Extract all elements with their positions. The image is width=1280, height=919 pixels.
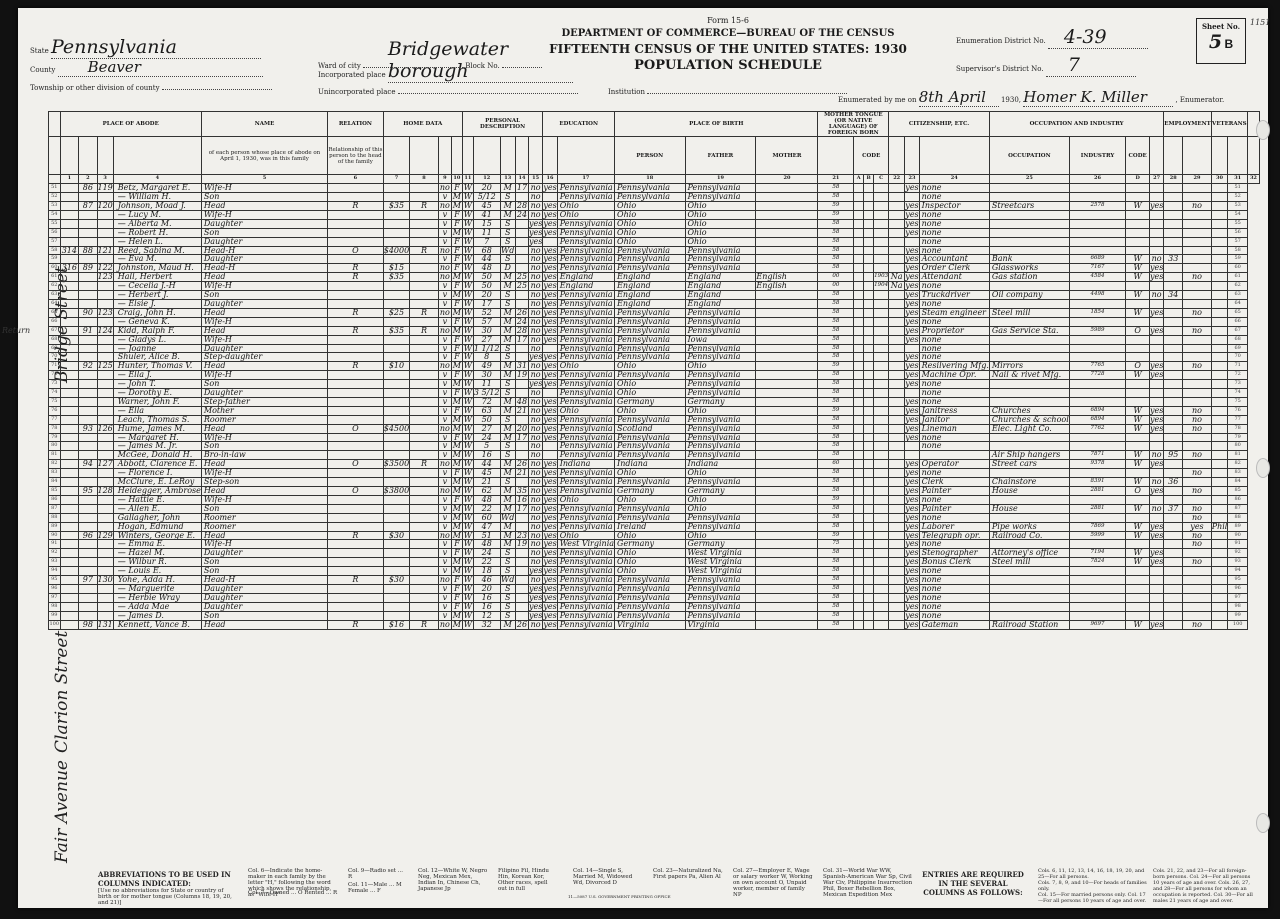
footer-col9: Col. 9—Radio set ... R bbox=[348, 868, 408, 880]
code-cell bbox=[864, 184, 874, 193]
worker-class-cell bbox=[1126, 299, 1150, 308]
literacy-cell: yes bbox=[543, 219, 557, 228]
birthplace-father-cell: Indiana bbox=[615, 460, 685, 469]
birthplace-father-cell: Germany bbox=[615, 540, 685, 549]
relation-cell: Son bbox=[201, 291, 327, 300]
birthplace-mother-cell: Pennsylvania bbox=[685, 326, 756, 335]
code-cell bbox=[864, 282, 874, 291]
occupation-cell: none bbox=[919, 335, 989, 344]
unemployment-line-cell bbox=[1164, 193, 1183, 202]
birthplace-father-cell: Pennsylvania bbox=[615, 602, 685, 611]
unemployment-line-cell: 95 bbox=[1164, 451, 1183, 460]
war-cell bbox=[1211, 344, 1228, 353]
birthplace-mother-cell: Pennsylvania bbox=[685, 371, 756, 380]
birthplace-person-cell: Pennsylvania bbox=[557, 291, 614, 300]
immigration-year-cell bbox=[874, 558, 889, 567]
dwelling-number-cell bbox=[97, 317, 113, 326]
speaks-english-cell: yes bbox=[905, 371, 919, 380]
name-cell: Warner, John F. bbox=[113, 397, 201, 406]
age-cell: 41 bbox=[473, 210, 500, 219]
owned-rented-cell bbox=[328, 504, 384, 513]
table-row: 6031689122Johnston, Maud H.Head-HR$15noF… bbox=[49, 264, 1268, 273]
birthplace-father-cell: Virginia bbox=[615, 620, 685, 629]
column-number: 11 bbox=[462, 175, 473, 184]
occupation-cell: none bbox=[919, 540, 989, 549]
owned-rented-cell bbox=[328, 255, 384, 264]
speaks-english-cell: yes bbox=[905, 504, 919, 513]
war-cell bbox=[1211, 469, 1228, 478]
naturalization-cell bbox=[889, 299, 905, 308]
code-cell bbox=[864, 362, 874, 371]
sex-cell: M bbox=[451, 415, 462, 424]
veteran-cell: no bbox=[1183, 415, 1211, 424]
occupation-code-cell bbox=[1069, 513, 1126, 522]
birthplace-mother-cell: Ohio bbox=[685, 228, 756, 237]
school-cell: no bbox=[528, 415, 542, 424]
mother-tongue-cell bbox=[756, 549, 818, 558]
age-at-marriage-cell: 25 bbox=[515, 282, 528, 291]
state-label: State bbox=[30, 47, 49, 55]
name-cell: Hall, Herbert bbox=[113, 273, 201, 282]
birthplace-father-cell: Ohio bbox=[615, 549, 685, 558]
veteran-cell: no bbox=[1183, 531, 1211, 540]
age-cell: 15 bbox=[473, 219, 500, 228]
age-cell: 5/12 bbox=[473, 193, 500, 202]
age-cell: 48 bbox=[473, 495, 500, 504]
naturalization-cell: Na bbox=[889, 273, 905, 282]
worker-class-cell bbox=[1126, 397, 1150, 406]
veteran-cell bbox=[1183, 576, 1211, 585]
age-at-marriage-cell: 24 bbox=[515, 210, 528, 219]
ward-label: Ward of city bbox=[318, 62, 361, 70]
name-cell: — Joanne bbox=[113, 344, 201, 353]
birthplace-mother-cell: West Virginia bbox=[685, 549, 756, 558]
speaks-english-cell: yes bbox=[905, 380, 919, 389]
name-cell: — Elsie J. bbox=[113, 299, 201, 308]
line-number-right: 76 bbox=[1228, 406, 1248, 415]
mother-tongue-cell bbox=[756, 513, 818, 522]
war-cell bbox=[1211, 255, 1228, 264]
birthplace-person-cell: Pennsylvania bbox=[557, 380, 614, 389]
worker-class-cell: W bbox=[1126, 202, 1150, 211]
birthplace-person-cell: Ohio bbox=[557, 210, 614, 219]
column-number: 29 bbox=[1183, 175, 1211, 184]
code-a-cell: 58 bbox=[818, 558, 854, 567]
occupation-code-cell: 6894 bbox=[1069, 406, 1126, 415]
mother-tongue-cell bbox=[756, 584, 818, 593]
home-value-cell bbox=[383, 558, 409, 567]
code-a-cell: 60 bbox=[818, 460, 854, 469]
veteran-cell bbox=[1183, 593, 1211, 602]
line-number: 64 bbox=[49, 299, 61, 308]
relation-cell: Daughter bbox=[201, 584, 327, 593]
age-at-marriage-cell: 20 bbox=[515, 424, 528, 433]
table-row: 5387120Johnson, Moad J.HeadR$35RnoMW45M2… bbox=[49, 202, 1268, 211]
marital-status-cell: S bbox=[500, 380, 515, 389]
farm-cell: v bbox=[438, 282, 451, 291]
occupation-code-cell bbox=[1069, 380, 1126, 389]
age-at-marriage-cell: 21 bbox=[515, 406, 528, 415]
race-cell: W bbox=[462, 193, 473, 202]
owned-rented-cell bbox=[328, 602, 384, 611]
code-a-cell: 58 bbox=[818, 193, 854, 202]
dwelling-number-cell bbox=[97, 335, 113, 344]
speaks-english-cell: yes bbox=[905, 611, 919, 620]
birthplace-mother-cell: Ohio bbox=[685, 469, 756, 478]
line-number: 94 bbox=[49, 567, 61, 576]
birthplace-mother-cell: England bbox=[685, 299, 756, 308]
owned-rented-cell bbox=[328, 567, 384, 576]
farm-cell: v bbox=[438, 522, 451, 531]
marital-status-cell: S bbox=[500, 549, 515, 558]
worker-class-cell: W bbox=[1126, 291, 1150, 300]
mother-tongue-cell: English bbox=[756, 273, 818, 282]
occupation-cell: none bbox=[919, 317, 989, 326]
immigration-year-cell: 1903 bbox=[874, 273, 889, 282]
school-cell: no bbox=[528, 282, 542, 291]
column-number: 22 bbox=[889, 175, 905, 184]
age-cell: 22 bbox=[473, 504, 500, 513]
column-number: 17 bbox=[557, 175, 614, 184]
house-number-cell bbox=[79, 415, 97, 424]
street-cell bbox=[60, 415, 79, 424]
age-at-marriage-cell: 17 bbox=[515, 184, 528, 193]
war-cell bbox=[1211, 593, 1228, 602]
naturalization-cell: Na bbox=[889, 282, 905, 291]
line-number-right: 83 bbox=[1228, 469, 1248, 478]
farm-cell: v bbox=[438, 344, 451, 353]
code-a-cell: 58 bbox=[818, 291, 854, 300]
code-cell bbox=[864, 415, 874, 424]
immigration-year-cell bbox=[874, 299, 889, 308]
literacy-cell: yes bbox=[543, 202, 557, 211]
worker-class-cell bbox=[1126, 442, 1150, 451]
immigration-year-cell bbox=[874, 433, 889, 442]
code-cell bbox=[854, 522, 864, 531]
birthplace-person-cell: Pennsylvania bbox=[557, 576, 614, 585]
birthplace-mother-cell: Pennsylvania bbox=[685, 602, 756, 611]
worker-class-cell bbox=[1126, 317, 1150, 326]
mother-tongue-cell bbox=[756, 371, 818, 380]
occupation-cell: Accountant bbox=[919, 255, 989, 264]
table-row: 8294127Abbott, Clarence E.HeadO$3500RnoM… bbox=[49, 460, 1268, 469]
line-number-right: 81 bbox=[1228, 451, 1248, 460]
dwelling-number-cell bbox=[97, 353, 113, 362]
farm-cell: no bbox=[438, 362, 451, 371]
table-row: 6791124Kidd, Ralph F.HeadR$35RnoMW30M28n… bbox=[49, 326, 1268, 335]
line-number: 61 bbox=[49, 273, 61, 282]
birthplace-person-cell: Pennsylvania bbox=[557, 264, 614, 273]
relation-cell: Roomer bbox=[201, 522, 327, 531]
occupation-cell: Laborer bbox=[919, 522, 989, 531]
sex-cell: M bbox=[451, 478, 462, 487]
dwelling-number-cell: 121 bbox=[97, 246, 113, 255]
line-number: 55 bbox=[49, 219, 61, 228]
street-cell bbox=[60, 602, 79, 611]
immigration-year-cell bbox=[874, 495, 889, 504]
code-a-cell: 58 bbox=[818, 451, 854, 460]
birthplace-person-cell: Pennsylvania bbox=[557, 513, 614, 522]
age-at-marriage-cell bbox=[515, 478, 528, 487]
age-cell: 7 bbox=[473, 237, 500, 246]
veteran-cell bbox=[1183, 291, 1211, 300]
enumerator-label: , Enumerator. bbox=[1175, 96, 1224, 104]
industry-cell bbox=[989, 335, 1069, 344]
house-number-cell: 88 bbox=[79, 246, 97, 255]
line-number: 87 bbox=[49, 504, 61, 513]
veteran-cell: no bbox=[1183, 451, 1211, 460]
code-cell bbox=[864, 246, 874, 255]
name-cell: — Allen E. bbox=[113, 504, 201, 513]
birthplace-father-cell: Ohio bbox=[615, 237, 685, 246]
radio-cell bbox=[410, 442, 439, 451]
marital-status-cell: S bbox=[500, 389, 515, 398]
code-cell bbox=[854, 380, 864, 389]
county-field: County Beaver bbox=[30, 58, 263, 77]
race-cell: W bbox=[462, 291, 473, 300]
school-cell: no bbox=[528, 397, 542, 406]
house-number-cell: 89 bbox=[79, 264, 97, 273]
unemployment-line-cell bbox=[1164, 362, 1183, 371]
code-cell bbox=[854, 531, 864, 540]
unemployment-line-cell bbox=[1164, 540, 1183, 549]
radio-cell bbox=[410, 255, 439, 264]
relation-cell: Roomer bbox=[201, 415, 327, 424]
speaks-english-cell: yes bbox=[905, 184, 919, 193]
industry-cell bbox=[989, 282, 1069, 291]
street-cell bbox=[60, 317, 79, 326]
home-value-cell bbox=[383, 219, 409, 228]
birthplace-mother-cell: Pennsylvania bbox=[685, 353, 756, 362]
street-cell bbox=[60, 326, 79, 335]
worker-class-cell: W bbox=[1126, 273, 1150, 282]
worker-class-cell bbox=[1126, 237, 1150, 246]
industry-cell bbox=[989, 184, 1069, 193]
industry-cell bbox=[989, 567, 1069, 576]
table-row: 86— Hattie E.Wife-HvFW48M16noyesOhioOhio… bbox=[49, 495, 1268, 504]
school-cell: yes bbox=[528, 567, 542, 576]
farm-cell: v bbox=[438, 210, 451, 219]
birthplace-person-cell: Pennsylvania bbox=[557, 317, 614, 326]
enumerated-date: 8th April bbox=[919, 88, 999, 107]
mother-tongue-cell bbox=[756, 210, 818, 219]
literacy-cell: yes bbox=[543, 326, 557, 335]
age-at-marriage-cell bbox=[515, 193, 528, 202]
occupation-cell: none bbox=[919, 246, 989, 255]
relation-cell: Head bbox=[201, 460, 327, 469]
line-number-right: 75 bbox=[1228, 397, 1248, 406]
code-cell bbox=[854, 246, 864, 255]
speaks-english-cell: yes bbox=[905, 335, 919, 344]
house-number-cell: 95 bbox=[79, 487, 97, 496]
age-at-marriage-cell: 17 bbox=[515, 433, 528, 442]
race-cell: W bbox=[462, 326, 473, 335]
sex-cell: M bbox=[451, 522, 462, 531]
table-row: 81McGee, Donald H.Bro-in-lawvMW16SnoPenn… bbox=[49, 451, 1268, 460]
veteran-cell bbox=[1183, 335, 1211, 344]
industry-cell: Glassworks bbox=[989, 264, 1069, 273]
code-cell bbox=[854, 540, 864, 549]
code-a-cell: 58 bbox=[818, 487, 854, 496]
worker-class-cell: O bbox=[1126, 362, 1150, 371]
radio-cell bbox=[410, 193, 439, 202]
code-cell bbox=[854, 504, 864, 513]
table-row: 56— Robert H.SonvMW11SyesyesPennsylvania… bbox=[49, 228, 1268, 237]
line-number: 90 bbox=[49, 531, 61, 540]
owned-rented-cell bbox=[328, 478, 384, 487]
occupation-code-cell: 4584 bbox=[1069, 273, 1126, 282]
marital-status-cell: M bbox=[500, 184, 515, 193]
marital-status-cell: S bbox=[500, 593, 515, 602]
line-number: 72 bbox=[49, 371, 61, 380]
war-cell bbox=[1211, 602, 1228, 611]
relation-cell: Son bbox=[201, 611, 327, 620]
age-at-marriage-cell bbox=[515, 584, 528, 593]
line-number: 54 bbox=[49, 210, 61, 219]
radio-cell bbox=[410, 353, 439, 362]
naturalization-cell bbox=[889, 397, 905, 406]
relation-cell: Son bbox=[201, 567, 327, 576]
binder-hole bbox=[1256, 458, 1270, 478]
street-cell bbox=[60, 549, 79, 558]
line-number: 85 bbox=[49, 487, 61, 496]
unemployment-line-cell bbox=[1164, 584, 1183, 593]
name-cell: Kidd, Ralph F. bbox=[113, 326, 201, 335]
header-relation-desc: Relationship of this person to the head … bbox=[328, 137, 384, 175]
line-number-right: 89 bbox=[1228, 522, 1248, 531]
birthplace-father-cell: Pennsylvania bbox=[615, 193, 685, 202]
birthplace-person-cell: Pennsylvania bbox=[557, 371, 614, 380]
employed-cell: yes bbox=[1149, 522, 1163, 531]
census-title: FIFTEENTH CENSUS OF THE UNITED STATES: 1… bbox=[538, 42, 918, 56]
owned-rented-cell: R bbox=[328, 264, 384, 273]
dwelling-number-cell bbox=[97, 406, 113, 415]
age-cell: 49 bbox=[473, 362, 500, 371]
occupation-code-cell bbox=[1069, 317, 1126, 326]
naturalization-cell bbox=[889, 558, 905, 567]
naturalization-cell bbox=[889, 371, 905, 380]
header-place-of-birth: PLACE OF BIRTH bbox=[615, 112, 818, 137]
birthplace-mother-cell: Pennsylvania bbox=[685, 193, 756, 202]
street-cell bbox=[60, 611, 79, 620]
line-number-right: 84 bbox=[1228, 478, 1248, 487]
code-cell bbox=[854, 317, 864, 326]
race-cell: W bbox=[462, 584, 473, 593]
race-cell: W bbox=[462, 469, 473, 478]
speaks-english-cell: yes bbox=[905, 593, 919, 602]
footer-col14: Col. 14—Single S, Married M, Widowed Wd,… bbox=[573, 868, 643, 886]
mother-tongue-cell bbox=[756, 335, 818, 344]
speaks-english-cell: yes bbox=[905, 246, 919, 255]
radio-cell bbox=[410, 317, 439, 326]
age-at-marriage-cell bbox=[515, 291, 528, 300]
veteran-cell bbox=[1183, 246, 1211, 255]
birthplace-father-cell: Pennsylvania bbox=[615, 415, 685, 424]
speaks-english-cell: yes bbox=[905, 620, 919, 629]
birthplace-mother-cell: West Virginia bbox=[685, 567, 756, 576]
dwelling-number-cell bbox=[97, 415, 113, 424]
occupation-cell: Attendant bbox=[919, 273, 989, 282]
worker-class-cell: O bbox=[1126, 326, 1150, 335]
owned-rented-cell bbox=[328, 584, 384, 593]
owned-rented-cell bbox=[328, 228, 384, 237]
mother-tongue-cell bbox=[756, 487, 818, 496]
sex-cell: M bbox=[451, 442, 462, 451]
block-label: Block No. bbox=[465, 62, 499, 70]
veteran-cell bbox=[1183, 495, 1211, 504]
worker-class-cell bbox=[1126, 593, 1150, 602]
naturalization-cell bbox=[889, 246, 905, 255]
birthplace-mother-cell: Pennsylvania bbox=[685, 451, 756, 460]
relation-cell: Head bbox=[201, 202, 327, 211]
literacy-cell bbox=[543, 389, 557, 398]
literacy-cell: yes bbox=[543, 406, 557, 415]
street-cell bbox=[60, 282, 79, 291]
table-row: 92— Hazel M.DaughtervFW24SnoyesPennsylva… bbox=[49, 549, 1268, 558]
marital-status-cell: M bbox=[500, 202, 515, 211]
name-cell: — Adda Mae bbox=[113, 602, 201, 611]
literacy-cell: yes bbox=[543, 567, 557, 576]
speaks-english-cell: yes bbox=[905, 282, 919, 291]
naturalization-cell bbox=[889, 255, 905, 264]
header-name: NAME bbox=[201, 112, 327, 137]
employed-cell bbox=[1149, 611, 1163, 620]
owned-rented-cell: O bbox=[328, 246, 384, 255]
column-number: 20 bbox=[756, 175, 818, 184]
speaks-english-cell: yes bbox=[905, 326, 919, 335]
race-cell: W bbox=[462, 611, 473, 620]
veteran-cell: no bbox=[1183, 362, 1211, 371]
birthplace-father-cell: England bbox=[615, 291, 685, 300]
mother-tongue-cell bbox=[756, 495, 818, 504]
year-label: 1930, bbox=[1001, 96, 1021, 104]
name-cell: — John T. bbox=[113, 380, 201, 389]
mother-tongue-cell bbox=[756, 291, 818, 300]
header-mother-tongue: MOTHER TONGUE (OR NATIVE LANGUAGE) OF FO… bbox=[818, 112, 889, 137]
table-row: 97— Herbie WrayDaughtervFW16SyesyesPenns… bbox=[49, 593, 1268, 602]
code-a-cell: 58 bbox=[818, 255, 854, 264]
race-cell: W bbox=[462, 433, 473, 442]
age-cell: 46 bbox=[473, 576, 500, 585]
radio-cell bbox=[410, 567, 439, 576]
house-number-cell bbox=[79, 344, 97, 353]
birthplace-person-cell: Pennsylvania bbox=[557, 299, 614, 308]
line-number: 57 bbox=[49, 237, 61, 246]
code-cell bbox=[854, 549, 864, 558]
code-a-cell: 58 bbox=[818, 317, 854, 326]
mother-tongue-cell bbox=[756, 317, 818, 326]
war-cell bbox=[1211, 228, 1228, 237]
war-cell bbox=[1211, 273, 1228, 282]
veteran-cell bbox=[1183, 549, 1211, 558]
relation-cell: Daughter bbox=[201, 549, 327, 558]
code-a-cell: 58 bbox=[818, 478, 854, 487]
immigration-year-cell bbox=[874, 193, 889, 202]
literacy-cell: yes bbox=[543, 424, 557, 433]
house-number-cell bbox=[79, 193, 97, 202]
occupation-cell: none bbox=[919, 442, 989, 451]
school-cell: no bbox=[528, 335, 542, 344]
age-at-marriage-cell bbox=[515, 593, 528, 602]
owned-rented-cell bbox=[328, 389, 384, 398]
birthplace-father-cell: Germany bbox=[615, 397, 685, 406]
age-at-marriage-cell bbox=[515, 602, 528, 611]
sd-field: Supervisor's District No. 7 bbox=[956, 54, 1136, 77]
unemployment-line-cell bbox=[1164, 202, 1183, 211]
column-number: 31 bbox=[1228, 175, 1248, 184]
code-cell bbox=[864, 451, 874, 460]
employed-cell: yes bbox=[1149, 202, 1163, 211]
